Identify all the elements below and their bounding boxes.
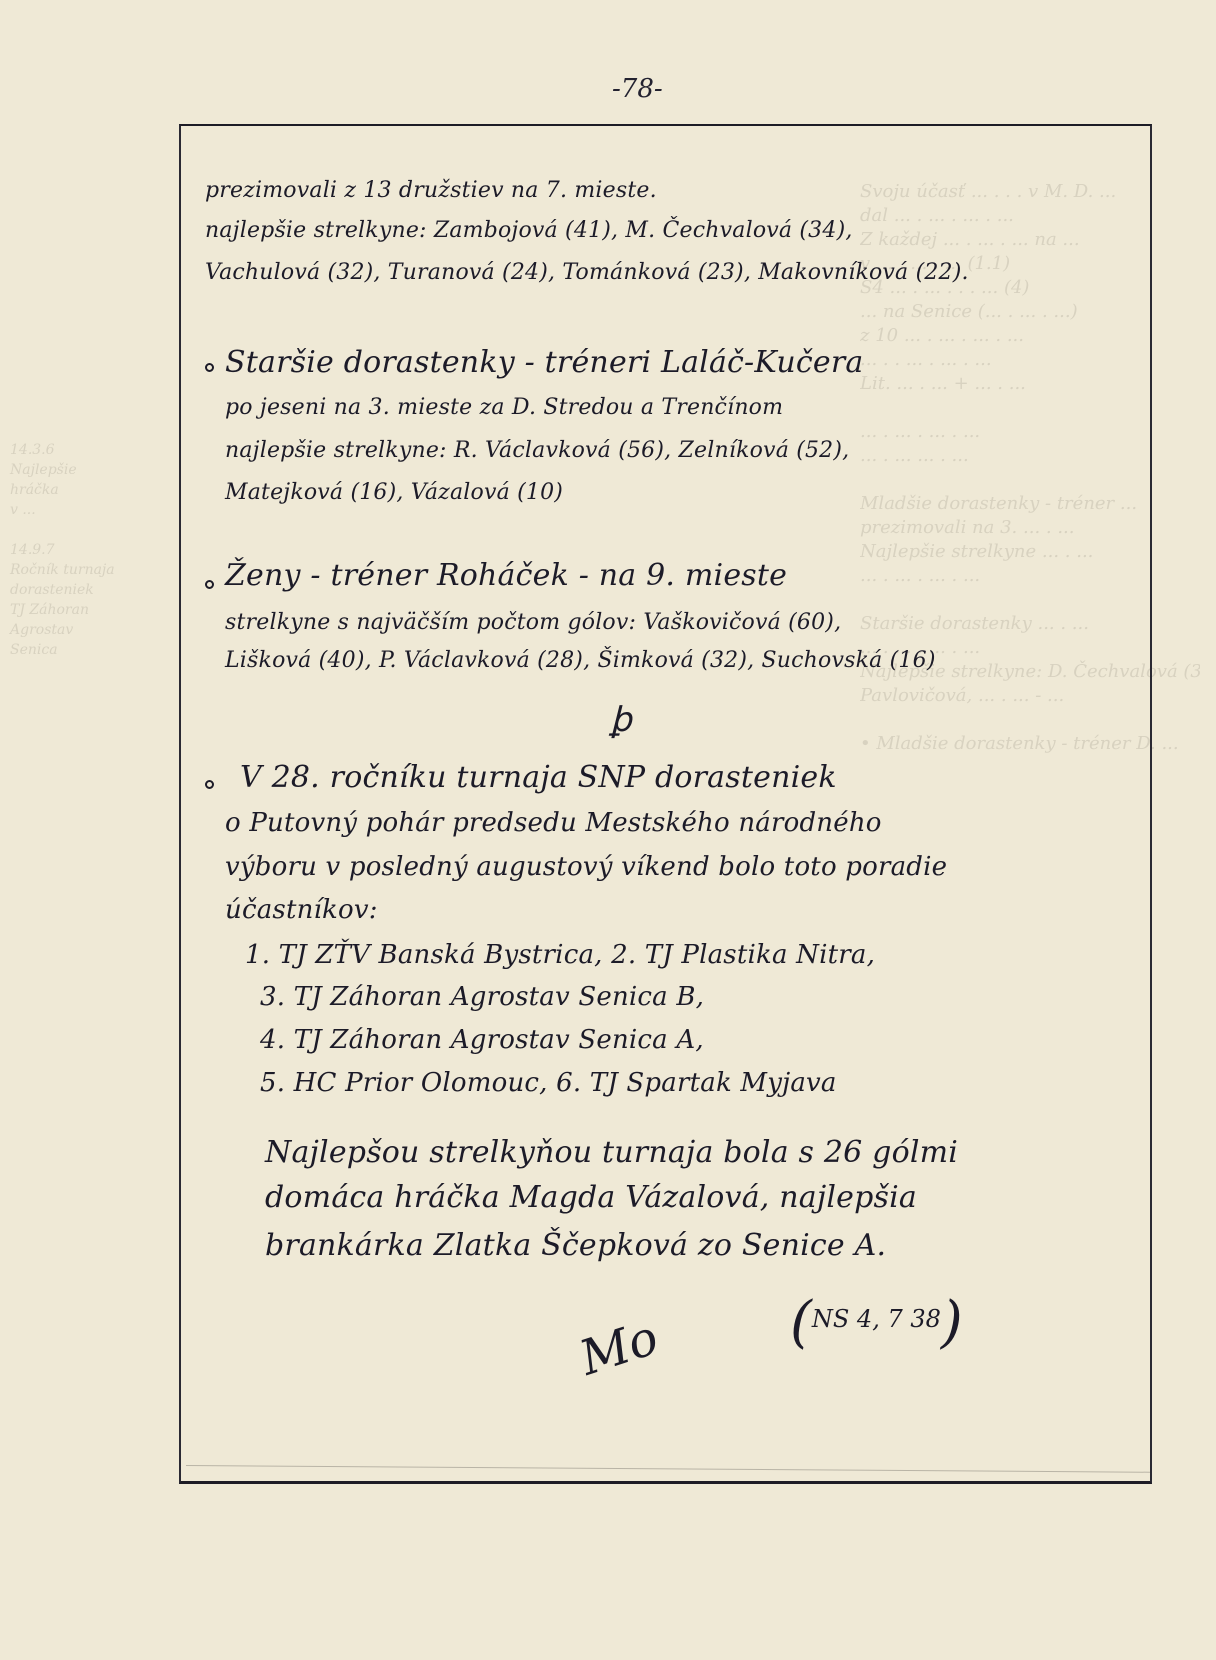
- open-paren: (: [790, 1290, 812, 1355]
- tournament-line: o Putovný pohár predsedu Mestského národ…: [225, 808, 882, 838]
- summary-line: Najlepšou strelkyňou turnaja bola s 26 g…: [265, 1135, 958, 1170]
- close-paren: ): [941, 1290, 963, 1355]
- result-line: 3. TJ Záhoran Agrostav Senica B,: [260, 982, 704, 1012]
- result-line: 1. TJ ZŤV Banská Bystrica, 2. TJ Plastik…: [245, 940, 875, 970]
- page-frame: [179, 124, 1152, 1484]
- divider-squiggle-icon: ꝧ: [610, 700, 632, 740]
- bullet-icon: [205, 780, 214, 789]
- bullet-icon: [205, 363, 214, 372]
- intro-line-3: Vachulová (32), Turanová (24), Tománková…: [205, 260, 969, 285]
- summary-line: domáca hráčka Magda Vázalová, najlepšia: [265, 1180, 917, 1215]
- source-reference: (NS 4, 7 38): [790, 1290, 963, 1355]
- intro-line-1: prezimovali z 13 družstiev na 7. mieste.: [205, 178, 657, 203]
- result-line: 4. TJ Záhoran Agrostav Senica A,: [260, 1025, 704, 1055]
- page-number: -78-: [612, 74, 663, 104]
- source-reference-text: NS 4, 7 38: [812, 1305, 941, 1333]
- tournament-heading: V 28. ročníku turnaja SNP dorasteniek: [240, 760, 837, 795]
- section-heading-zeny: Ženy - tréner Roháček - na 9. mieste: [225, 558, 787, 593]
- section-line: strelkyne s najväčším počtom gólov: Vašk…: [225, 610, 841, 635]
- section-line: Lišková (40), P. Václavková (28), Šimkov…: [225, 648, 936, 673]
- tournament-line: výboru v posledný augustový víkend bolo …: [225, 852, 947, 882]
- result-line: 5. HC Prior Olomouc, 6. TJ Spartak Myjav…: [260, 1068, 837, 1098]
- bleed-through-left-margin: 14.3.6 Najlepšie hráčka v ... 14.9.7 Roč…: [10, 440, 115, 660]
- section-line: najlepšie strelkyne: R. Václavková (56),…: [225, 438, 849, 463]
- section-heading-starsie-dorastenky: Staršie dorastenky - tréneri Laláč-Kučer…: [225, 345, 863, 380]
- bullet-icon: [205, 580, 214, 589]
- section-line: po jeseni na 3. mieste za D. Stredou a T…: [225, 395, 783, 420]
- intro-line-2: najlepšie strelkyne: Zambojová (41), M. …: [205, 218, 853, 243]
- tournament-line: účastníkov:: [225, 895, 378, 925]
- section-line: Matejková (16), Vázalová (10): [225, 480, 563, 505]
- summary-line: brankárka Zlatka Ščepková zo Senice A.: [265, 1228, 886, 1263]
